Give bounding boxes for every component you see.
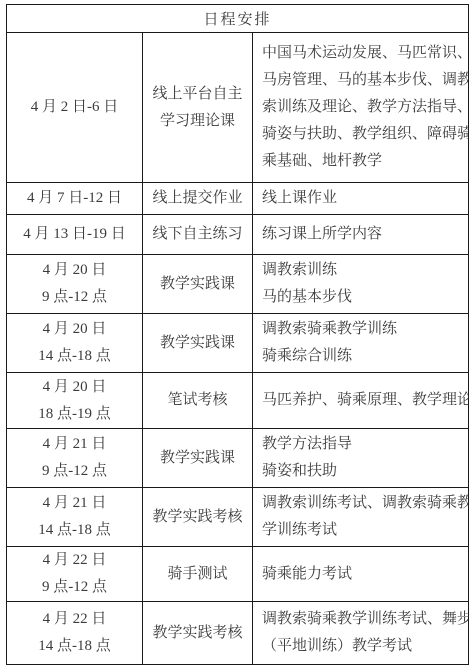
- activity-cell: 教学实践考核: [143, 602, 253, 665]
- date-line: 4 月 22 日: [7, 547, 142, 574]
- content-line: 调教索骑乘教学训练考试、舞步: [262, 606, 464, 633]
- content-line: 骑姿和扶助: [262, 458, 464, 485]
- content-cell: 中国马术运动发展、马匹常识、 马房管理、马的基本步伐、调教 索训练及理论、教学方…: [253, 33, 469, 183]
- activity-line: 教学实践课: [143, 445, 252, 472]
- table-row: 4 月 2 日-6 日 线上平台自主 学习理论课 中国马术运动发展、马匹常识、 …: [7, 33, 469, 183]
- content-line: 中国马术运动发展、马匹常识、: [262, 40, 464, 67]
- activity-cell: 笔试考核: [143, 373, 253, 429]
- activity-line: 线上平台自主: [143, 81, 252, 108]
- content-line: 学训练考试: [262, 517, 464, 544]
- table-title-row: 日程安排: [7, 5, 469, 33]
- date-line: 14 点-18 点: [7, 633, 142, 660]
- table-row: 4 月 21 日 9 点-12 点 教学实践课 教学方法指导 骑姿和扶助: [7, 429, 469, 488]
- content-cell: 调教索骑乘教学训练考试、舞步 （平地训练）教学考试: [253, 602, 469, 665]
- content-line: 教学方法指导: [262, 431, 464, 458]
- table-row: 4 月 22 日 9 点-12 点 骑手测试 骑乘能力考试: [7, 547, 469, 602]
- table-row: 4 月 7 日-12 日 线上提交作业 线上课作业: [7, 183, 469, 215]
- content-line: 线上课作业: [262, 185, 464, 212]
- content-line: 骑乘能力考试: [262, 561, 464, 588]
- content-cell: 调教索骑乘教学训练 骑乘综合训练: [253, 314, 469, 373]
- date-line: 9 点-12 点: [7, 284, 142, 311]
- table-row: 4 月 20 日 14 点-18 点 教学实践课 调教索骑乘教学训练 骑乘综合训…: [7, 314, 469, 373]
- activity-cell: 教学实践课: [143, 429, 253, 488]
- date-line: 4 月 13 日-19 日: [7, 221, 142, 248]
- date-cell: 4 月 7 日-12 日: [7, 183, 143, 215]
- date-line: 4 月 21 日: [7, 431, 142, 458]
- date-cell: 4 月 13 日-19 日: [7, 215, 143, 255]
- date-line: 4 月 21 日: [7, 490, 142, 517]
- activity-line: 教学实践考核: [143, 620, 252, 647]
- date-line: 9 点-12 点: [7, 574, 142, 601]
- date-cell: 4 月 20 日 9 点-12 点: [7, 255, 143, 314]
- content-line: 调教索训练: [262, 257, 464, 284]
- content-cell: 调教索训练考试、调教索骑乘教 学训练考试: [253, 488, 469, 547]
- activity-line: 线上提交作业: [143, 185, 252, 212]
- content-line: 马的基本步伐: [262, 284, 464, 311]
- activity-cell: 线上平台自主 学习理论课: [143, 33, 253, 183]
- date-line: 4 月 20 日: [7, 316, 142, 343]
- activity-line: 线下自主练习: [143, 221, 252, 248]
- content-line: （平地训练）教学考试: [262, 633, 464, 660]
- content-line: 调教索训练考试、调教索骑乘教: [262, 490, 464, 517]
- date-line: 14 点-18 点: [7, 343, 142, 370]
- date-line: 9 点-12 点: [7, 458, 142, 485]
- date-line: 4 月 22 日: [7, 606, 142, 633]
- table-row: 4 月 21 日 14 点-18 点 教学实践考核 调教索训练考试、调教索骑乘教…: [7, 488, 469, 547]
- content-line: 调教索骑乘教学训练: [262, 316, 464, 343]
- date-line: 4 月 2 日-6 日: [7, 94, 142, 121]
- table-row: 4 月 22 日 14 点-18 点 教学实践考核 调教索骑乘教学训练考试、舞步…: [7, 602, 469, 665]
- activity-cell: 教学实践课: [143, 255, 253, 314]
- date-cell: 4 月 20 日 14 点-18 点: [7, 314, 143, 373]
- schedule-table: 日程安排 4 月 2 日-6 日 线上平台自主 学习理论课 中国马术运动发展、马…: [6, 4, 469, 665]
- activity-cell: 骑手测试: [143, 547, 253, 602]
- content-cell: 调教索训练 马的基本步伐: [253, 255, 469, 314]
- content-line: 骑乘综合训练: [262, 343, 464, 370]
- date-cell: 4 月 21 日 14 点-18 点: [7, 488, 143, 547]
- content-line: 马匹养护、骑乘原理、教学理论: [262, 387, 464, 414]
- activity-cell: 线下自主练习: [143, 215, 253, 255]
- content-line: 乘基础、地杆教学: [262, 148, 464, 175]
- date-line: 14 点-18 点: [7, 517, 142, 544]
- content-cell: 马匹养护、骑乘原理、教学理论: [253, 373, 469, 429]
- table-row: 4 月 20 日 9 点-12 点 教学实践课 调教索训练 马的基本步伐: [7, 255, 469, 314]
- date-line: 4 月 7 日-12 日: [7, 185, 142, 212]
- table-title: 日程安排: [7, 5, 469, 33]
- content-line: 马房管理、马的基本步伐、调教: [262, 67, 464, 94]
- activity-cell: 教学实践课: [143, 314, 253, 373]
- activity-line: 学习理论课: [143, 108, 252, 135]
- date-line: 4 月 20 日: [7, 257, 142, 284]
- date-cell: 4 月 22 日 14 点-18 点: [7, 602, 143, 665]
- date-cell: 4 月 20 日 18 点-19 点: [7, 373, 143, 429]
- content-line: 索训练及理论、教学方法指导、: [262, 94, 464, 121]
- table-row: 4 月 13 日-19 日 线下自主练习 练习课上所学内容: [7, 215, 469, 255]
- date-line: 4 月 20 日: [7, 374, 142, 401]
- date-cell: 4 月 22 日 9 点-12 点: [7, 547, 143, 602]
- activity-line: 教学实践课: [143, 330, 252, 357]
- activity-cell: 教学实践考核: [143, 488, 253, 547]
- content-line: 骑姿与扶助、教学组织、障碍骑: [262, 121, 464, 148]
- date-cell: 4 月 21 日 9 点-12 点: [7, 429, 143, 488]
- activity-line: 骑手测试: [143, 561, 252, 588]
- table-row: 4 月 20 日 18 点-19 点 笔试考核 马匹养护、骑乘原理、教学理论: [7, 373, 469, 429]
- activity-line: 笔试考核: [143, 387, 252, 414]
- activity-line: 教学实践课: [143, 271, 252, 298]
- content-cell: 骑乘能力考试: [253, 547, 469, 602]
- date-line: 18 点-19 点: [7, 401, 142, 428]
- content-cell: 教学方法指导 骑姿和扶助: [253, 429, 469, 488]
- activity-cell: 线上提交作业: [143, 183, 253, 215]
- content-cell: 线上课作业: [253, 183, 469, 215]
- content-cell: 练习课上所学内容: [253, 215, 469, 255]
- activity-line: 教学实践考核: [143, 504, 252, 531]
- content-line: 练习课上所学内容: [262, 221, 464, 248]
- date-cell: 4 月 2 日-6 日: [7, 33, 143, 183]
